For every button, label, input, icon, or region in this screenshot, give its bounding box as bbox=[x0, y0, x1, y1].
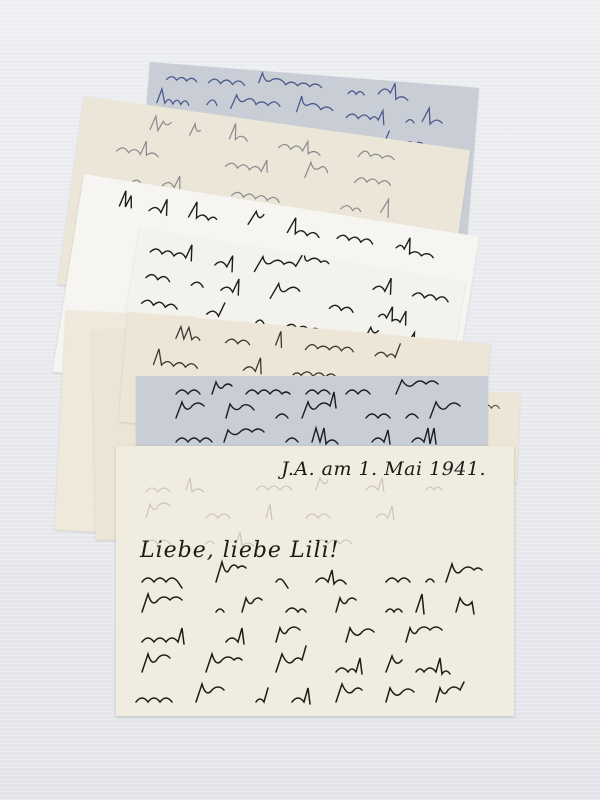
letter-front: J.A. am 1. Mai 1941. Liebe, liebe Lili! bbox=[116, 446, 514, 716]
handwriting-strokes bbox=[136, 376, 488, 448]
letter-sheet-blue-middle bbox=[136, 376, 488, 448]
handwriting-strokes bbox=[116, 446, 514, 716]
